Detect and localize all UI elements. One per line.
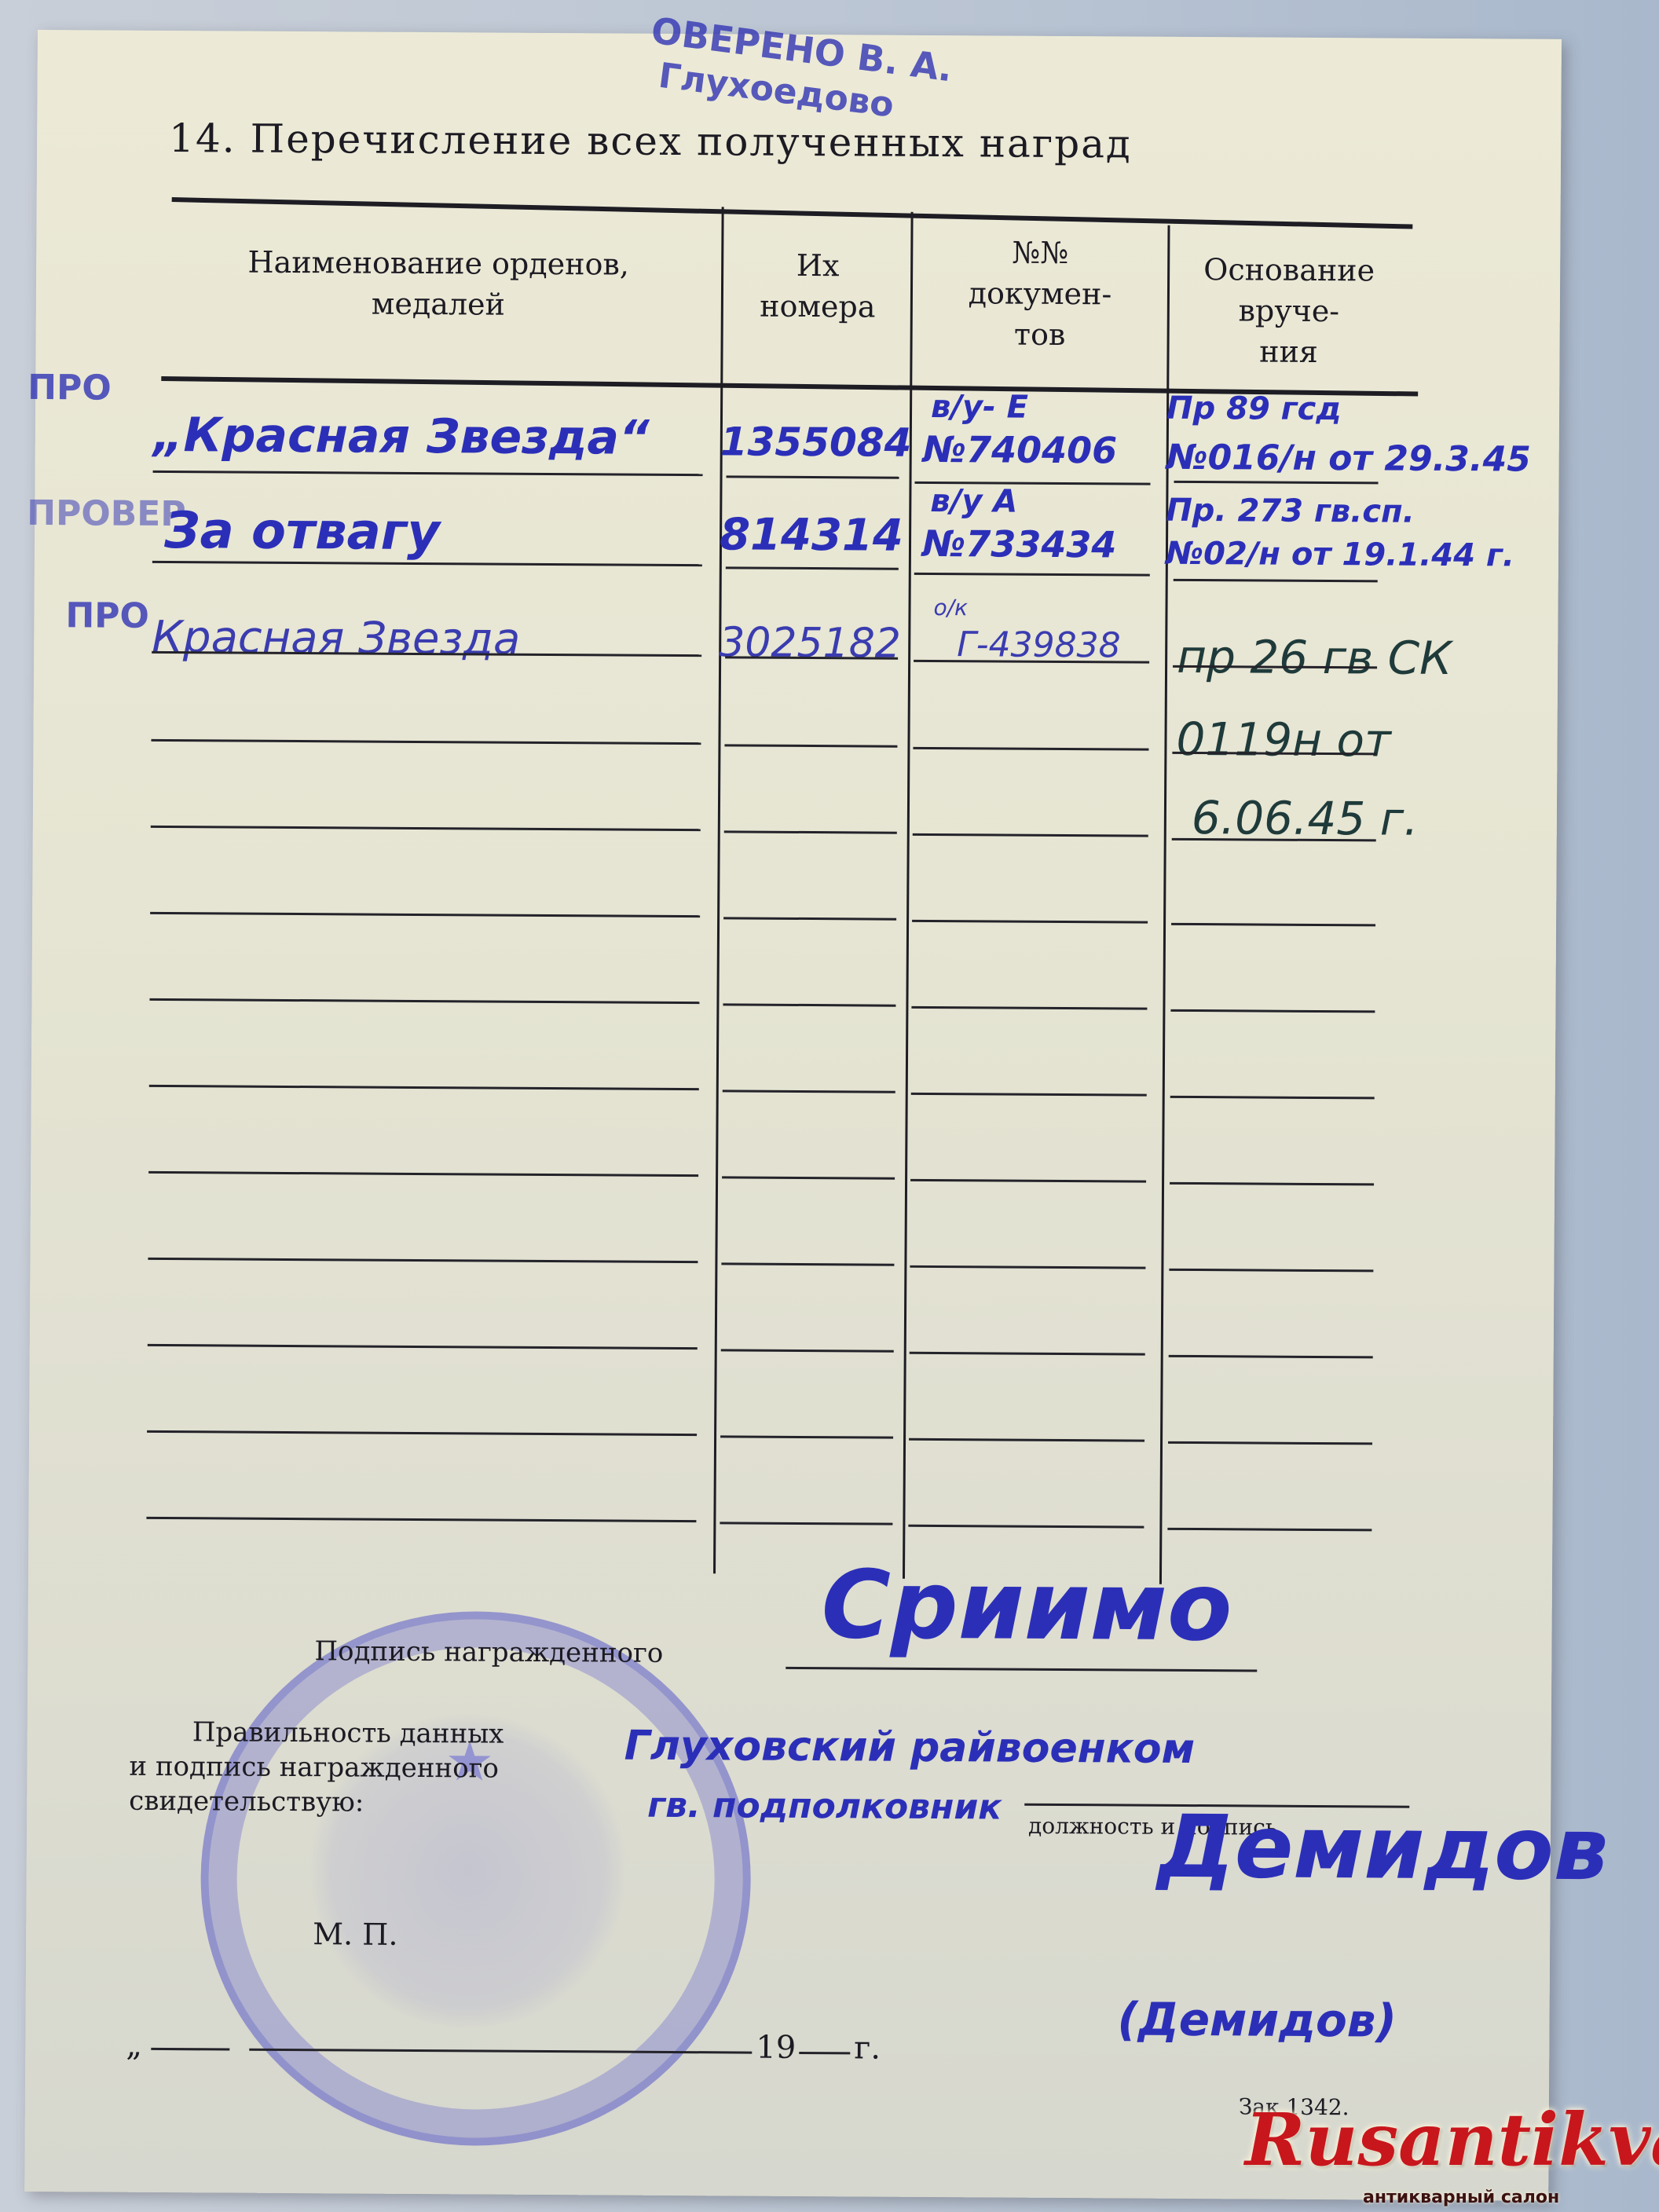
- official-round-seal: ★: [200, 1610, 753, 2147]
- date-year-prefix: 19: [756, 2030, 796, 2066]
- award-number: 3025182: [719, 619, 901, 667]
- award-number: 1355084: [720, 419, 912, 465]
- seal-place-label: М. П.: [313, 1917, 398, 1952]
- date-open-quote: „: [126, 2027, 142, 2064]
- column-divider-3: [1159, 225, 1170, 1584]
- left-stamp-2: ПРОВЕР: [27, 493, 186, 534]
- official-position-line1: Глуховский райвоенком: [624, 1723, 1195, 1773]
- document-number-line1: о/к: [933, 595, 968, 621]
- award-name: „Красная Звезда“: [153, 408, 650, 466]
- watermark-subtitle: антикварный салон: [1363, 2188, 1559, 2207]
- date-day-line: [151, 2048, 229, 2051]
- award-basis-line1: Пр. 273 гв.сп.: [1166, 493, 1415, 530]
- header-award-basis: Основание вруче- ния: [1170, 249, 1407, 373]
- award-name: За отвагу: [164, 502, 440, 562]
- official-signature: Демидов: [1158, 1796, 1609, 1900]
- date-year-line: [799, 2052, 850, 2054]
- certify-label-line3: свидетельствую:: [129, 1785, 364, 1818]
- award-document-page: ОВЕРЕНО В. А. Глухоедово 14. Перечислени…: [24, 30, 1562, 2201]
- date-year-suffix: г.: [854, 2030, 881, 2066]
- official-name: (Демидов): [1117, 1992, 1397, 2047]
- column-divider-2: [903, 212, 914, 1579]
- column-divider-1: [713, 207, 724, 1573]
- award-basis-line1: пр 26 гв СК: [1177, 630, 1452, 685]
- awardee-signature-label: Подпись награжденного: [314, 1635, 663, 1669]
- table-top-rule: [172, 197, 1413, 229]
- award-number: 814314: [720, 509, 903, 561]
- award-name: Красная Звезда: [152, 612, 520, 665]
- award-basis-line2: 0119н от: [1176, 712, 1391, 767]
- header-award-name: Наименование орденов, медалей: [171, 241, 706, 326]
- watermark-brand: Rusantikvar: [1245, 2097, 1659, 2182]
- official-position-line2: гв. подполковник: [647, 1785, 1002, 1828]
- document-number-line2: №740406: [923, 428, 1118, 472]
- awardee-signature: Сриимо: [821, 1551, 1232, 1662]
- header-document-numbers: №№ докумен- тов: [914, 232, 1166, 356]
- header-award-numbers: Их номера: [727, 244, 909, 327]
- document-number-line1: в/у А: [930, 483, 1017, 520]
- document-number-line1: в/у- Е: [931, 389, 1028, 426]
- certify-label-line2: и подпись награжденного: [129, 1751, 499, 1785]
- award-basis-line2: №016/н от 29.3.45: [1166, 438, 1531, 480]
- awardee-signature-line: [786, 1667, 1257, 1672]
- award-basis-line2: №02/н от 19.1.44 г.: [1166, 536, 1514, 574]
- section-title: 14. Перечисление всех полученных наград: [169, 115, 1132, 167]
- award-basis-line1: Пр 89 гсд: [1166, 390, 1342, 427]
- left-stamp-1: ПРО: [27, 368, 112, 408]
- certify-label-line1: Правильность данных: [192, 1716, 504, 1749]
- document-number-line2: №733434: [922, 522, 1117, 566]
- left-stamp-3: ПРО: [65, 595, 149, 636]
